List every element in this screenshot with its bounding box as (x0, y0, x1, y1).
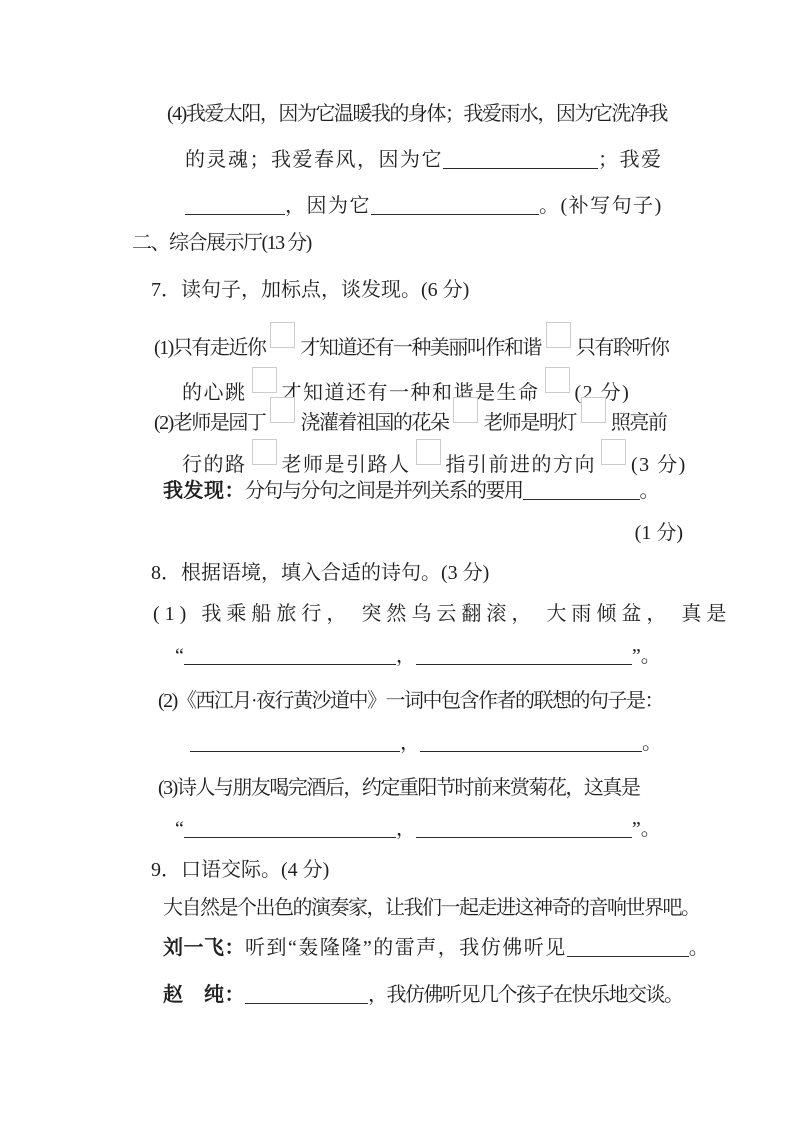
answer-blank (184, 644, 396, 665)
text-segment: ， (400, 732, 420, 754)
punctuation-box (545, 367, 570, 393)
punctuation-box (252, 367, 277, 393)
answer-blank (420, 731, 642, 752)
q9-speaker2-line: 赵 纯：，我仿佛听见几个孩子在快乐地交谈。 (163, 981, 683, 1009)
text-segment: (2)老师是园丁 (154, 412, 265, 434)
punctuation-box (601, 439, 626, 465)
text-segment: ，因为它 (285, 195, 371, 217)
punctuation-box (252, 439, 277, 465)
text-segment: (1) 我乘船旅行， 突然乌云翻滚， 大雨倾盆， 真是 (153, 603, 731, 625)
answer-blank (190, 731, 400, 752)
answer-blank (567, 936, 689, 957)
text-segment: 照亮前 (611, 412, 667, 434)
text-segment: ；我爱 (598, 149, 663, 171)
text-segment: ，我仿佛听见几个孩子在快乐地交谈。 (368, 984, 683, 1006)
text-segment: 浇灌着祖国的花朵 (300, 412, 448, 434)
score-label: (3 分) (631, 454, 687, 476)
q8-item3-line: (3)诗人与朋友喝完酒后，约定重阳节时前来赏菊花，这真是 (158, 774, 639, 802)
q7-item2-line-2: 行的路老师是引路人指引前进的方向(3 分) (182, 439, 687, 467)
score-label: (1 分) (635, 522, 683, 544)
q4-line-1: (4)我爱太阳，因为它温暖我的身体；我爱雨水，因为它洗净我 (167, 100, 667, 128)
answer-blank (523, 479, 640, 500)
speaker-name: 刘一飞： (163, 937, 245, 959)
text-segment: 大自然是个出色的演奏家，让我们一起走进这神奇的音响世界吧。 (163, 897, 700, 919)
question-title-text: 9．口语交际。(4 分) (151, 859, 329, 881)
q9-title: 9．口语交际。(4 分) (151, 856, 329, 884)
question-title-text: 8．根据语境，填入合适的诗句。(3 分) (151, 562, 489, 584)
text-segment: 。(补写句子) (539, 195, 663, 217)
q4-line-3: ，因为它。(补写句子) (185, 192, 663, 220)
punctuation-box (546, 322, 571, 348)
question-title-text: 7．读句子，加标点，谈发现。(6 分) (151, 279, 469, 301)
q8-item3-answer-line: “，”。 (175, 815, 661, 843)
q8-item2-answer-line: ，。 (190, 729, 662, 757)
text-segment: 。 (642, 732, 662, 754)
answer-blank (416, 817, 632, 838)
punctuation-box (270, 322, 295, 348)
open-quote: “ (175, 818, 184, 840)
punctuation-box (581, 397, 606, 423)
q7-item1-line-1: (1)只有走近你才知道还有一种美丽叫作和谐只有聆听你 (154, 322, 668, 350)
close-quote: ”。 (632, 818, 661, 840)
text-segment: ， (396, 645, 416, 667)
text-segment: ， (396, 818, 416, 840)
q4-line-2: 的灵魂；我爱春风，因为它；我爱 (185, 146, 663, 174)
answer-blank (245, 983, 368, 1004)
text-segment: 的灵魂；我爱春风，因为它 (185, 149, 443, 171)
q9-intro-line: 大自然是个出色的演奏家，让我们一起走进这神奇的音响世界吧。 (163, 894, 700, 922)
answer-blank (184, 817, 396, 838)
text-segment: 。 (689, 937, 711, 959)
text-segment: (3)诗人与朋友喝完酒后，约定重阳节时前来赏菊花，这真是 (158, 777, 639, 799)
answer-blank (416, 644, 632, 665)
q7-item2-line-1: (2)老师是园丁浇灌着祖国的花朵老师是明灯照亮前 (154, 397, 666, 425)
answer-blank (371, 194, 539, 215)
text-segment: 行的路 (182, 454, 247, 476)
q8-item2-line: (2)《西江月·夜行黄沙道中》一词中包含作者的联想的句子是： (158, 687, 663, 715)
q7-item1-line-2: 的心跳才知道还有一种和谐是生命(2 分) (182, 367, 630, 395)
text-segment: 。 (640, 480, 659, 502)
speaker-name: 赵 纯： (163, 984, 245, 1006)
text-segment: 指引前进的方向 (446, 454, 597, 476)
punctuation-box (416, 439, 441, 465)
q8-title: 8．根据语境，填入合适的诗句。(3 分) (151, 559, 489, 587)
text-segment: (2)《西江月·夜行黄沙道中》一词中包含作者的联想的句子是： (158, 690, 663, 712)
text-segment: 才知道还有一种美丽叫作和谐 (300, 337, 541, 359)
answer-blank (185, 194, 285, 215)
text-segment: (1)只有走近你 (154, 337, 265, 359)
text-segment: 老师是明灯 (483, 412, 576, 434)
text-segment: 听到“轰隆隆”的雷声，我仿佛听见 (245, 937, 567, 959)
q8-item1-answer-line: “，”。 (175, 642, 661, 670)
section-heading: 二、综合展示厅(13 分) (132, 229, 311, 257)
answer-blank (443, 148, 598, 169)
punctuation-box (270, 397, 295, 423)
q7-score-line: (1 分) (635, 519, 683, 547)
document-page: (4)我爱太阳，因为它温暖我的身体；我爱雨水，因为它洗净我 的灵魂；我爱春风，因… (0, 0, 793, 1122)
scanned-test-page: { "page": { "background": "#ffffff", "te… (0, 0, 793, 1122)
q7-discovery-line: 我发现：分句与分句之间是并列关系的要用。 (163, 477, 658, 505)
q9-speaker1-line: 刘一飞：听到“轰隆隆”的雷声，我仿佛听见。 (163, 934, 710, 962)
text-segment: 分句与分句之间是并列关系的要用 (245, 480, 523, 502)
q8-item1-line: (1) 我乘船旅行， 突然乌云翻滚， 大雨倾盆， 真是 (153, 600, 731, 628)
text-segment: 只有聆听你 (576, 337, 669, 359)
open-quote: “ (175, 645, 184, 667)
q7-title: 7．读句子，加标点，谈发现。(6 分) (151, 276, 469, 304)
section-heading-text: 二、综合展示厅(13 分) (132, 232, 311, 254)
text-segment: 老师是引路人 (282, 454, 411, 476)
punctuation-box (453, 397, 478, 423)
text-segment: (4)我爱太阳，因为它温暖我的身体；我爱雨水，因为它洗净我 (167, 103, 667, 125)
discovery-label: 我发现： (163, 480, 245, 502)
close-quote: ”。 (632, 645, 661, 667)
